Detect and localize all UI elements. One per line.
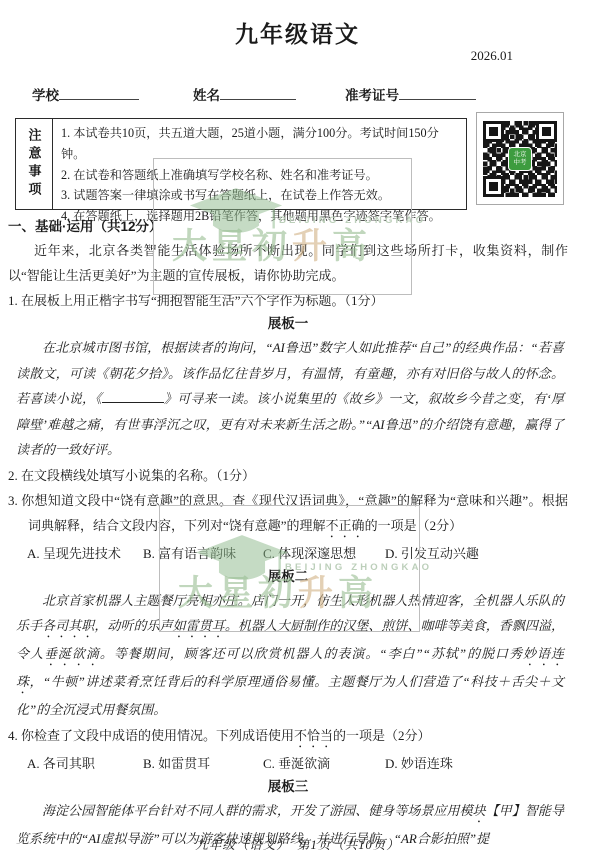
option-d: D. 妙语连珠 bbox=[385, 751, 568, 776]
question-3: 3. 你想知道文段中“饶有意趣”的意思。查《现代汉语词典》，“意趣”的解释为“意… bbox=[8, 488, 568, 541]
notice-item: 2. 在试卷和答题纸上准确填写学校名称、姓名和准考证号。 bbox=[61, 165, 462, 186]
board1-paragraph: 在北京城市图书馆，根据读者的询问，“AI鲁迅”数字人如此推荐“自己”的经典作品：… bbox=[16, 335, 564, 463]
option-b: B. 富有语言韵味 bbox=[143, 541, 263, 566]
notice-item: 3. 试题答案一律填涂或书写在答题纸上，在试卷上作答无效。 bbox=[61, 185, 462, 206]
exam-date: 2026.01 bbox=[471, 48, 513, 64]
school-label: 学校 bbox=[32, 88, 59, 103]
board2-title: 展板二 bbox=[8, 566, 568, 588]
question-4-options: A. 各司其职 B. 如雷贯耳 C. 垂涎欲滴 D. 妙语连珠 bbox=[27, 751, 568, 776]
question-2: 2. 在文段横线处填写小说集的名称。（1分） bbox=[8, 463, 568, 488]
qr-code: 北京中考 bbox=[483, 121, 557, 197]
notice-box: 注意事项 1. 本试卷共10页，共五道大题，25道小题，满分100分。考试时间1… bbox=[15, 118, 467, 210]
question-1: 1. 在展板上用正楷字书写“拥抱智能生活”六个字作为标题。（1分） bbox=[8, 288, 568, 313]
notice-box-label: 注意事项 bbox=[16, 119, 53, 209]
qr-finder-icon bbox=[483, 176, 504, 197]
fill-in-blank-line bbox=[102, 389, 164, 403]
board3-title: 展板三 bbox=[8, 776, 568, 798]
page-footer: 九年级（语文） 第1页（共10页） bbox=[0, 835, 595, 853]
qr-finder-icon bbox=[483, 121, 504, 142]
exam-no-blank-line bbox=[399, 86, 476, 100]
question-3-options: A. 呈现先进技术 B. 富有语言韵味 C. 体现深邃思想 D. 引发互动兴趣 bbox=[27, 541, 568, 566]
option-b: B. 如雷贯耳 bbox=[143, 751, 263, 776]
board2-paragraph: 北京首家机器人主题餐厅亮相亦庄。店门一开，仿生人形机器人热情迎客，全机器人乐队的… bbox=[16, 588, 564, 723]
option-c: C. 体现深邃思想 bbox=[263, 541, 385, 566]
page-title: 九年级语文 bbox=[0, 16, 595, 49]
section-heading: 一、基础·运用（共12分） bbox=[8, 216, 568, 238]
qr-center-logo: 北京中考 bbox=[508, 147, 532, 171]
student-info-row: 学校 姓名 准考证号 bbox=[0, 84, 595, 106]
name-label: 姓名 bbox=[193, 88, 220, 103]
intro-paragraph: 近年来，北京各类智能生活体验场所不断出现。同学们到这些场所打卡，收集资料，制作以… bbox=[8, 238, 568, 288]
option-c: C. 垂涎欲滴 bbox=[263, 751, 385, 776]
board1-title: 展板一 bbox=[8, 313, 568, 335]
exam-no-field: 准考证号 bbox=[345, 84, 476, 104]
notice-items: 1. 本试卷共10页，共五道大题，25道小题，满分100分。考试时间150分钟。… bbox=[53, 119, 466, 209]
name-blank-line bbox=[220, 86, 296, 100]
option-a: A. 呈现先进技术 bbox=[27, 541, 143, 566]
option-d: D. 引发互动兴趣 bbox=[385, 541, 568, 566]
question-4: 4. 你检查了文段中成语的使用情况。下列成语使用不恰当的一项是（2分） bbox=[8, 723, 568, 751]
exam-paper-page: 九年级语文 2026.01 学校 姓名 准考证号 注意事项 1. 本试卷共10页… bbox=[0, 0, 595, 861]
name-field: 姓名 bbox=[193, 84, 296, 104]
qr-finder-icon bbox=[536, 121, 557, 142]
school-field: 学校 bbox=[32, 84, 139, 104]
school-blank-line bbox=[59, 86, 139, 100]
qr-code-box: 北京中考 bbox=[476, 112, 564, 205]
notice-item: 1. 本试卷共10页，共五道大题，25道小题，满分100分。考试时间150分钟。 bbox=[61, 123, 462, 165]
main-content: 一、基础·运用（共12分） 近年来，北京各类智能生活体验场所不断出现。同学们到这… bbox=[8, 216, 568, 851]
option-a: A. 各司其职 bbox=[27, 751, 143, 776]
exam-no-label: 准考证号 bbox=[345, 88, 399, 103]
